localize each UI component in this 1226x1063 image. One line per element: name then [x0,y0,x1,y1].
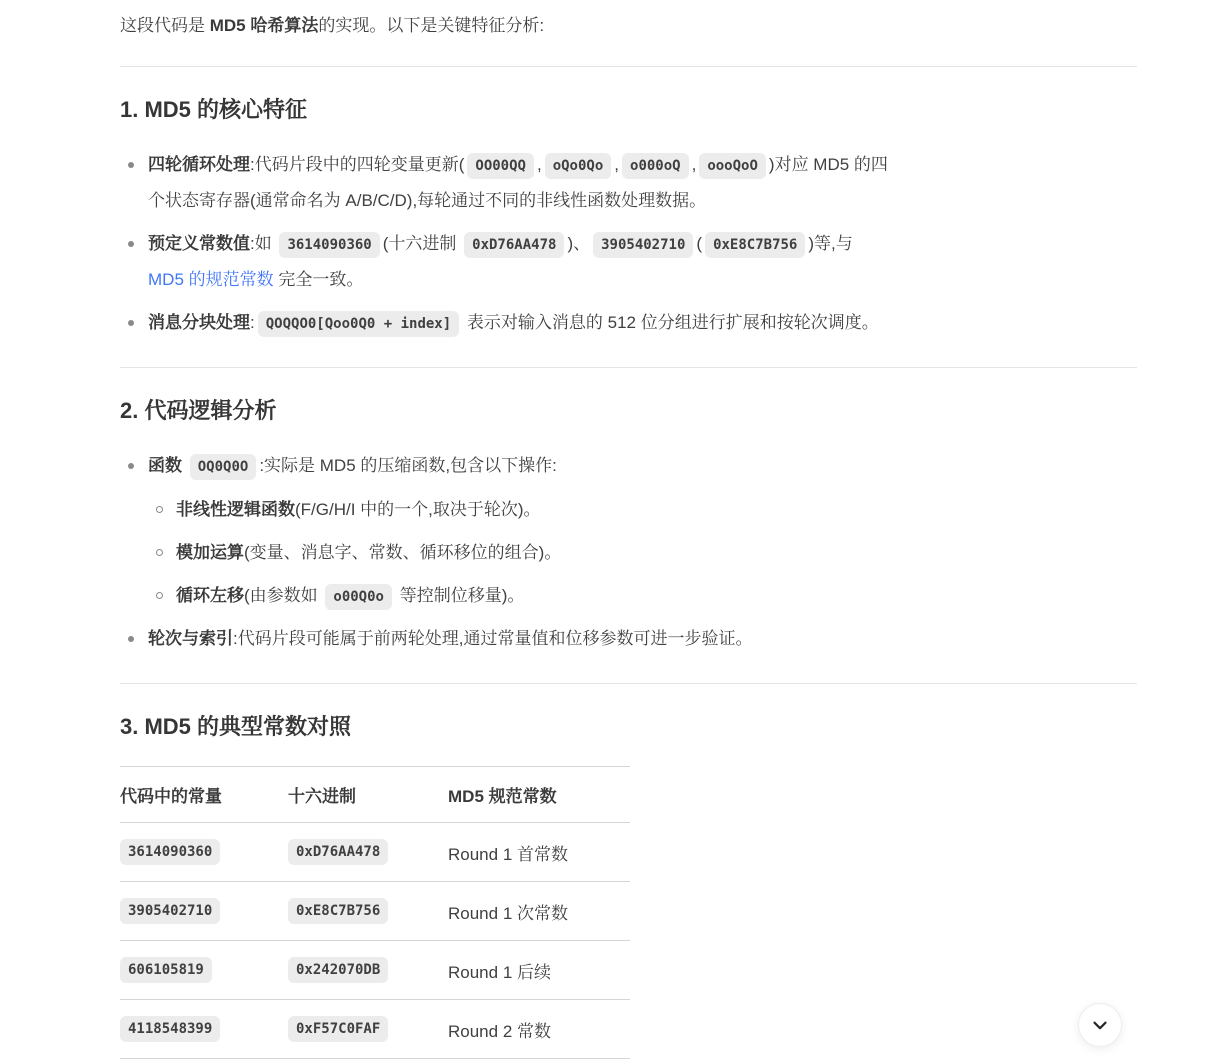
text-run: 的实现。以下是关键特征分析: [318,16,544,35]
table-row: 606105819 0x242070DB Round 1 后续 [120,941,630,1000]
list-item-text: 预定义常数值:如 3614090360(十六进制 0xD76AA478)、390… [148,234,853,289]
inline-code: 0x242070DB [288,957,388,983]
list-item-text: 非线性逻辑函数(F/G/H/I 中的一个,取决于轮次)。 [176,500,541,519]
section-divider [120,683,1137,684]
table-cell-meaning: Round 2 常数 [448,1000,630,1059]
inline-code: 0xE8C7B756 [705,232,805,258]
text-run: 完全一致。 [274,270,364,289]
intro-paragraph: 这段代码是 MD5 哈希算法的实现。以下是关键特征分析: [120,12,1137,40]
inline-code: 606105819 [120,957,212,983]
inline-code: oQo0Qo [545,153,612,179]
list-item-text: 函数 OQ0Q0O:实际是 MD5 的压缩函数,包含以下操作: [148,456,557,475]
text-run: :代码片段中的四轮变量更新( [250,155,464,174]
section-divider [120,367,1137,368]
table-cell-meaning: Round 1 首常数 [448,823,630,882]
table-header-row: 代码中的常量 十六进制 MD5 规范常数 [120,767,630,823]
inline-code: OO00QQ [467,153,534,179]
inline-code: o000oQ [622,153,689,179]
text-run: )、 [567,234,590,253]
section-divider [120,66,1137,67]
chevron-down-icon [1089,1014,1111,1036]
list-item-text: 循环左移(由参数如 o00Q0o 等控制位移量)。 [176,586,524,605]
text-run: , [537,155,542,174]
inline-code: OQ0Q0O [190,454,257,480]
column-header-meaning: MD5 规范常数 [448,767,630,823]
text-run: ( [696,234,702,253]
inline-code: 0xD76AA478 [464,232,564,258]
list-item-text: 四轮循环处理:代码片段中的四轮变量更新(OO00QQ,oQo0Qo,o000oQ… [148,155,888,210]
chat-response-body: 这段代码是 MD5 哈希算法的实现。以下是关键特征分析: 1. MD5 的核心特… [120,0,1137,1059]
column-header-hex: 十六进制 [288,767,448,823]
list-item: 函数 OQ0Q0O:实际是 MD5 的压缩函数,包含以下操作: 非线性逻辑函数(… [148,448,1137,614]
bold-text: 消息分块处理 [148,313,250,332]
constants-table: 代码中的常量 十六进制 MD5 规范常数 3614090360 0xD76AA4… [120,766,630,1059]
list-item: 预定义常数值:如 3614090360(十六进制 0xD76AA478)、390… [148,226,1137,298]
inline-code: 3905402710 [120,898,220,924]
bold-text: 循环左移 [176,586,244,605]
list-item: 轮次与索引:代码片段可能属于前两轮处理,通过常量值和位移参数可进一步验证。 [148,621,1137,657]
table-cell-meaning: Round 1 次常数 [448,882,630,941]
section-3-heading: 3. MD5 的典型常数对照 [120,712,1137,742]
inline-code: 3614090360 [279,232,379,258]
text-run: )对应 MD5 的四 [769,155,888,174]
scroll-to-bottom-button[interactable] [1078,1003,1122,1047]
text-run: , [614,155,619,174]
list-item: 消息分块处理:QOQQO0[Qoo0Q0 + index] 表示对输入消息的 5… [148,305,1137,341]
text-run: :如 [250,234,276,253]
text-run: 这段代码是 [120,16,210,35]
column-header-constant: 代码中的常量 [120,767,288,823]
text-run: :代码片段可能属于前两轮处理,通过常量值和位移参数可进一步验证。 [233,629,752,648]
bold-text: 非线性逻辑函数 [176,500,295,519]
text-run: 表示对输入消息的 512 位分组进行扩展和按轮次调度。 [462,313,879,332]
inline-code: 0xE8C7B756 [288,898,388,924]
text-run: 等控制位移量)。 [395,586,524,605]
bold-text: 函数 [148,456,187,475]
section-1-list: 四轮循环处理:代码片段中的四轮变量更新(OO00QQ,oQo0Qo,o000oQ… [120,147,1137,341]
text-run: : [250,313,255,332]
table-row: 3614090360 0xD76AA478 Round 1 首常数 [120,823,630,882]
inline-code: 3905402710 [593,232,693,258]
bold-text: 预定义常数值 [148,234,250,253]
section-2-list: 函数 OQ0Q0O:实际是 MD5 的压缩函数,包含以下操作: 非线性逻辑函数(… [120,448,1137,657]
list-item-text: 模加运算(变量、消息字、常数、循环移位的组合)。 [176,543,561,562]
bold-text: MD5 哈希算法 [210,16,319,35]
inline-code: QOQQO0[Qoo0Q0 + index] [258,311,459,337]
list-item-text: 消息分块处理:QOQQO0[Qoo0Q0 + index] 表示对输入消息的 5… [148,313,879,332]
inline-code: 4118548399 [120,1016,220,1042]
nested-list-item: 模加运算(变量、消息字、常数、循环移位的组合)。 [176,535,1137,571]
inline-code: 0xD76AA478 [288,839,388,865]
bold-text: 四轮循环处理 [148,155,250,174]
text-run: :实际是 MD5 的压缩函数,包含以下操作: [259,456,557,475]
nested-list-item: 非线性逻辑函数(F/G/H/I 中的一个,取决于轮次)。 [176,492,1137,528]
nested-list: 非线性逻辑函数(F/G/H/I 中的一个,取决于轮次)。 模加运算(变量、消息字… [148,492,1137,614]
section-1-heading: 1. MD5 的核心特征 [120,95,1137,125]
table-row: 3905402710 0xE8C7B756 Round 1 次常数 [120,882,630,941]
bold-text: 模加运算 [176,543,244,562]
text-run: (F/G/H/I 中的一个,取决于轮次)。 [295,500,541,519]
text-run: 个状态寄存器(通常命名为 A/B/C/D),每轮通过不同的非线性函数处理数据。 [148,191,706,210]
text-run: (十六进制 [383,234,461,253]
section-2-heading: 2. 代码逻辑分析 [120,396,1137,426]
table-cell-meaning: Round 1 后续 [448,941,630,1000]
bold-text: 轮次与索引 [148,629,233,648]
inline-code: 0xF57C0FAF [288,1016,388,1042]
list-item: 四轮循环处理:代码片段中的四轮变量更新(OO00QQ,oQo0Qo,o000oQ… [148,147,1137,219]
inline-code: 3614090360 [120,839,220,865]
text-run: (由参数如 [244,586,322,605]
inline-code: oooQoO [699,153,766,179]
table-row: 4118548399 0xF57C0FAF Round 2 常数 [120,1000,630,1059]
text-run: (变量、消息字、常数、循环移位的组合)。 [244,543,561,562]
inline-code: o00Q0o [325,584,392,610]
nested-list-item: 循环左移(由参数如 o00Q0o 等控制位移量)。 [176,578,1137,614]
text-run: )等,与 [808,234,852,253]
md5-spec-constants-link[interactable]: MD5 的规范常数 [148,270,274,289]
list-item-text: 轮次与索引:代码片段可能属于前两轮处理,通过常量值和位移参数可进一步验证。 [148,629,752,648]
text-run: , [692,155,697,174]
